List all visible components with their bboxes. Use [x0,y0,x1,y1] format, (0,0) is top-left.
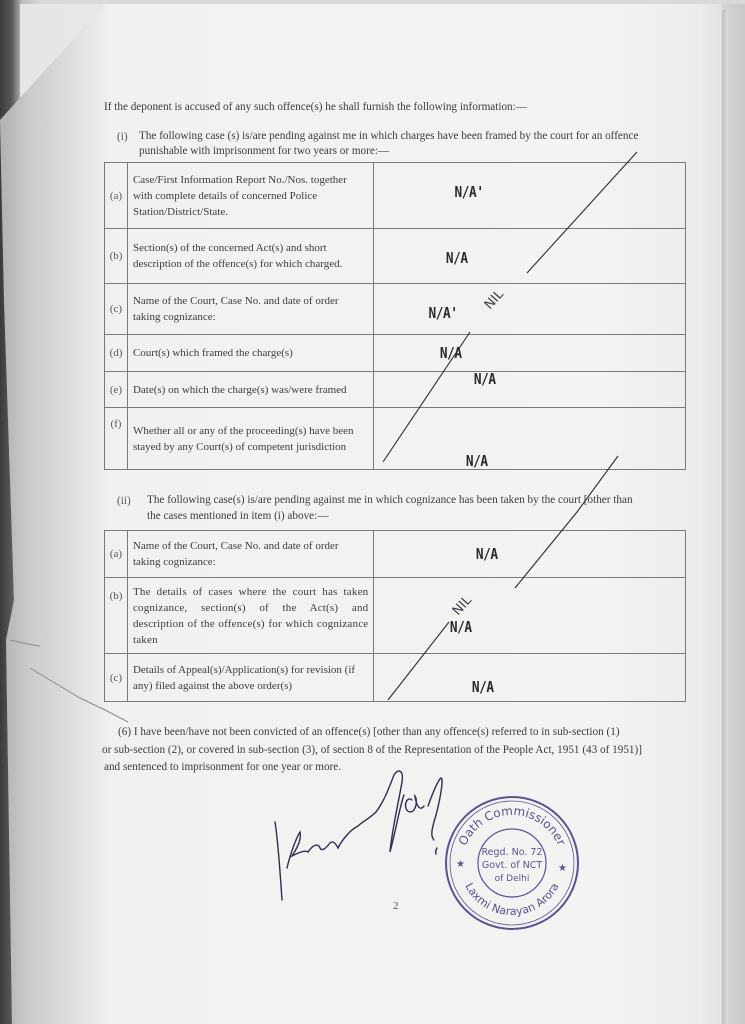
stamped-value: N/A' [429,304,458,322]
row-key: (c) [105,654,128,702]
table-row: (b) Section(s) of the concerned Act(s) a… [105,229,686,284]
row-key: (b) [105,229,128,284]
table-section-i: (a) Case/First Information Report No./No… [104,162,686,470]
table-row: (e) Date(s) on which the charge(s) was/w… [105,372,686,408]
row-label: Court(s) which framed the charge(s) [127,335,373,372]
row-value: N/A' [374,284,686,335]
para6-line3: and sentenced to imprisonment for one ye… [104,759,689,777]
stamped-value: N/A' [455,183,484,201]
table-row: (c) Name of the Court, Case No. and date… [105,284,686,335]
section-ii-text-line2: the cases mentioned in item (i) above:— [147,509,328,524]
row-label: Section(s) of the concerned Act(s) and s… [127,229,373,284]
row-value: N/A [374,335,686,372]
row-value: N/A [374,408,686,470]
paragraph-6: (6) I have been/have not been convicted … [104,724,689,777]
row-key: (a) [105,163,128,229]
row-key: (a) [105,531,128,578]
stamped-value: N/A [472,678,494,696]
page-edge [722,10,728,1024]
row-label: Name of the Court, Case No. and date of … [127,531,373,578]
section-i-text-line2: punishable with imprisonment for two yea… [139,144,389,159]
intro-text: If the deponent is accused of any such o… [104,99,527,115]
stamp-star-right: ★ [558,863,567,874]
page-number: 2 [393,900,399,912]
row-value: N/A [374,578,686,654]
stamped-value: N/A [466,452,488,470]
row-key: (b) [105,578,128,654]
row-value: N/A' [374,163,686,229]
row-value: N/A [374,372,686,408]
section-i-text-line1: The following case (s) is/are pending ag… [139,129,638,144]
stamped-value: N/A [440,344,462,362]
stamped-value: N/A [474,370,496,388]
stamped-value: N/A [446,249,468,267]
row-label: The details of cases where the court has… [127,578,373,654]
row-key: (e) [105,372,128,408]
row-value: N/A [374,654,686,702]
row-key: (f) [105,408,128,470]
stamp-star-left: ★ [456,859,465,870]
stamped-value: N/A [476,545,498,563]
stamp-inner-line1: Regd. No. 72 [482,847,543,858]
row-key: (c) [105,284,128,335]
row-label: Details of Appeal(s)/Application(s) for … [127,654,373,702]
table-row: (a) Case/First Information Report No./No… [105,163,686,229]
row-value: N/A [374,531,686,578]
para6-line1: (6) I have been/have not been convicted … [104,724,689,742]
stamp-outer-bottom: Laxmi Narayan Arora [462,881,561,918]
para6-line2: or sub-section (2), or covered in sub-se… [102,742,689,760]
stamp-inner-line2: Govt. of NCT [482,860,542,871]
table-row: (c) Details of Appeal(s)/Application(s) … [105,654,686,702]
section-i-number: (i) [117,131,128,143]
section-ii-number: (ii) [117,495,131,507]
section-ii-text-line1: The following case(s) is/are pending aga… [147,493,633,508]
row-value: N/A [374,229,686,284]
row-label: Case/First Information Report No./Nos. t… [127,163,373,229]
row-label: Date(s) on which the charge(s) was/were … [127,372,373,408]
table-row: (f) Whether all or any of the proceeding… [105,408,686,470]
row-key: (d) [105,335,128,372]
table-row: (a) Name of the Court, Case No. and date… [105,531,686,578]
row-label: Whether all or any of the proceeding(s) … [127,408,373,470]
table-row: (d) Court(s) which framed the charge(s) … [105,335,686,372]
row-label: Name of the Court, Case No. and date of … [127,284,373,335]
stamped-value: N/A [450,618,472,636]
table-section-ii: (a) Name of the Court, Case No. and date… [104,530,686,702]
stamp-inner-line3: of Delhi [495,874,530,884]
page-fold-shadow [0,0,110,1024]
table-row: (b) The details of cases where the court… [105,578,686,654]
oath-commissioner-stamp: Oath Commissioner Laxmi Narayan Arora Re… [442,793,582,933]
